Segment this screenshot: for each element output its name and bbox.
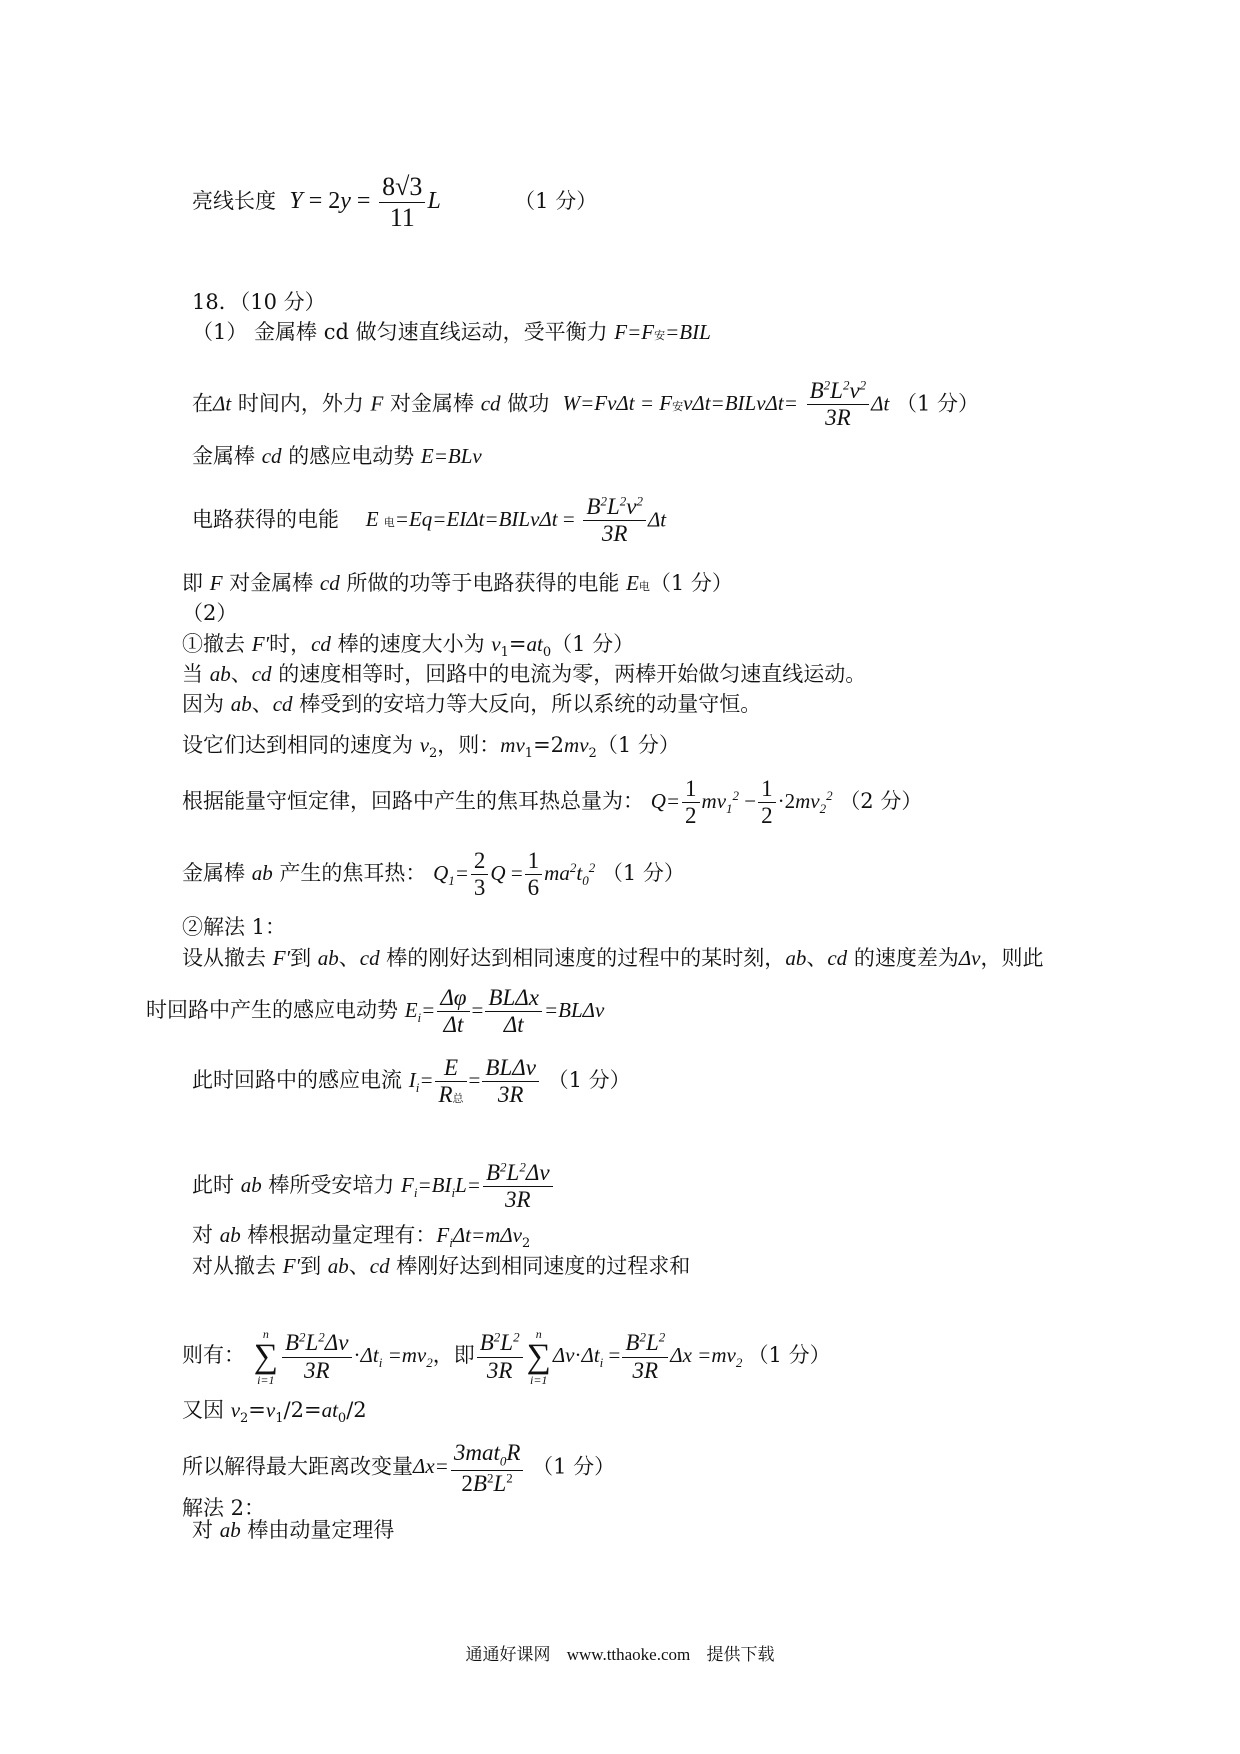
numerator: 8√3 xyxy=(379,172,425,203)
text: 在Δt 时间内，外力 F 对金属棒 cd 做功 xyxy=(192,391,549,415)
score: （1 分） xyxy=(514,189,597,213)
site-name: 通通好课网 xyxy=(466,1645,551,1665)
part1-line5: 即 F 对金属棒 cd 所做的功等于电路获得的电能 E电（1 分） xyxy=(182,573,733,594)
part2-step3: 因为 ab、cd 棒受到的安培力等大反向，所以系统的动量守恒。 xyxy=(182,694,761,715)
text: 此时 ab 棒所受安培力 xyxy=(192,1173,401,1197)
text: 电路获得的电能 xyxy=(192,507,339,531)
formula-tail: Δt xyxy=(871,391,889,415)
method1-header: ②解法 1： xyxy=(182,917,286,938)
formula: F=F安=BIL xyxy=(614,320,711,344)
formula-lhs: Y = 2y = xyxy=(289,188,370,214)
part2-step1: ①撤去 F′时，cd 棒的速度大小为 v1=at0（1 分） xyxy=(182,634,634,659)
page-footer: 通通好课网 www.tthaoke.com 提供下载 xyxy=(0,1640,1240,1665)
text: 则有： xyxy=(182,1343,245,1367)
formula: Q1=23Q =16ma2t02 xyxy=(433,861,595,885)
fraction: 8√3 11 xyxy=(379,172,425,233)
score: （1 分） xyxy=(602,861,685,885)
method1-line4: 此时 ab 棒所受安培力 Fi=BIiL=B2L2Δv3R xyxy=(192,1160,555,1214)
method1-line7: 则有： n∑i=1B2L2Δv3R·Δti =mv2，即B2L23Rn∑i=1Δ… xyxy=(182,1328,831,1386)
fraction: B2L2v2 3R xyxy=(583,494,646,548)
formula: Δx=3mat0R2B2L2 xyxy=(413,1454,525,1478)
formula-rhs: L xyxy=(427,188,440,214)
method2-header: 解法 2： xyxy=(182,1498,265,1519)
text: 所以解得最大距离改变量 xyxy=(182,1454,413,1478)
score: （1 分） xyxy=(548,1068,631,1092)
footer-suffix: 提供下载 xyxy=(706,1645,774,1665)
question-18-header: 18．（10 分） xyxy=(192,292,326,313)
bright-line-length-line: 亮线长度 Y = 2y = 8√3 11 L （1 分） xyxy=(192,172,597,233)
formula: Q=12mv12 −12·2mv22 xyxy=(651,789,833,813)
part1-line4: 电路获得的电能 E 电=Eq=EIΔt=BILvΔt = B2L2v2 3R Δ… xyxy=(192,494,666,548)
formula: E 电=Eq=EIΔt=BILvΔt = xyxy=(366,507,575,531)
text: 根据能量守恒定律，回路中产生的焦耳热总量为： xyxy=(182,789,644,813)
method1-line3: 此时回路中的感应电流 Ii=ER总=BLΔv3R （1 分） xyxy=(192,1055,631,1109)
denominator: 11 xyxy=(379,203,425,233)
score: （1 分） xyxy=(532,1454,615,1478)
score: （1 分） xyxy=(748,1343,831,1367)
text: 即 F 对金属棒 cd 所做的功等于电路获得的电能 E电 xyxy=(182,571,650,595)
text: （1） 金属棒 cd 做匀速直线运动，受平衡力 xyxy=(192,320,608,344)
label: 亮线长度 xyxy=(192,189,276,213)
site-url[interactable]: www.tthaoke.com xyxy=(567,1645,691,1664)
method2-line1: 对 ab 棒由动量定理得 xyxy=(192,1520,394,1541)
formula: n∑i=1B2L2Δv3R·Δti =mv2，即B2L23Rn∑i=1Δv·Δt… xyxy=(252,1343,748,1367)
text: 金属棒 ab 产生的焦耳热： xyxy=(182,861,426,885)
fraction: B2L2v2 3R xyxy=(807,378,870,432)
text: 此时回路中的感应电流 xyxy=(192,1068,402,1092)
method1-line6: 对从撤去 F′到 ab、cd 棒刚好达到相同速度的过程求和 xyxy=(192,1256,690,1277)
part1-line3: 金属棒 cd 的感应电动势 E=BLv xyxy=(192,446,482,467)
part1-line1: （1） 金属棒 cd 做匀速直线运动，受平衡力 F=F安=BIL xyxy=(192,322,711,343)
method1-line1: 设从撤去 F′到 ab、cd 棒的刚好达到相同速度的过程中的某时刻，ab、cd … xyxy=(182,948,1043,969)
part1-line2: 在Δt 时间内，外力 F 对金属棒 cd 做功 W=FvΔt = F安vΔt=B… xyxy=(192,378,979,432)
part2-step6: 金属棒 ab 产生的焦耳热： Q1=23Q =16ma2t02 （1 分） xyxy=(182,848,685,902)
score: （2 分） xyxy=(839,789,922,813)
formula: Ii=ER总=BLΔv3R xyxy=(409,1068,541,1092)
text: 时回路中产生的感应电动势 xyxy=(146,998,398,1022)
method1-line8: 又因 v2=v1/2=at0/2 xyxy=(182,1400,367,1425)
part2-header: （2） xyxy=(182,603,237,624)
method1-line5: 对 ab 棒根据动量定理有：FiΔt=mΔv2 xyxy=(192,1225,530,1250)
formula: Ei=ΔφΔt=BLΔxΔt=BLΔv xyxy=(405,998,605,1022)
formula-tail: Δt xyxy=(648,507,666,531)
part2-step2: 当 ab、cd 的速度相等时，回路中的电流为零，两棒开始做匀速直线运动。 xyxy=(182,664,866,685)
formula: Fi=BIiL=B2L2Δv3R xyxy=(401,1173,555,1197)
part2-step4: 设它们达到相同的速度为 v2，则：mv1=2mv2（1 分） xyxy=(182,735,680,760)
formula: E=BLv xyxy=(421,444,482,468)
method1-line9: 所以解得最大距离改变量Δx=3mat0R2B2L2 （1 分） xyxy=(182,1440,615,1497)
score: （1 分） xyxy=(650,571,733,595)
part2-step5: 根据能量守恒定律，回路中产生的焦耳热总量为： Q=12mv12 −12·2mv2… xyxy=(182,776,922,830)
text: 金属棒 cd 的感应电动势 xyxy=(192,444,421,468)
score: （1 分） xyxy=(896,391,979,415)
formula: W=FvΔt = F安vΔt=BILvΔt= xyxy=(563,391,798,415)
method1-line2: 时回路中产生的感应电动势 Ei=ΔφΔt=BLΔxΔt=BLΔv xyxy=(146,985,604,1039)
